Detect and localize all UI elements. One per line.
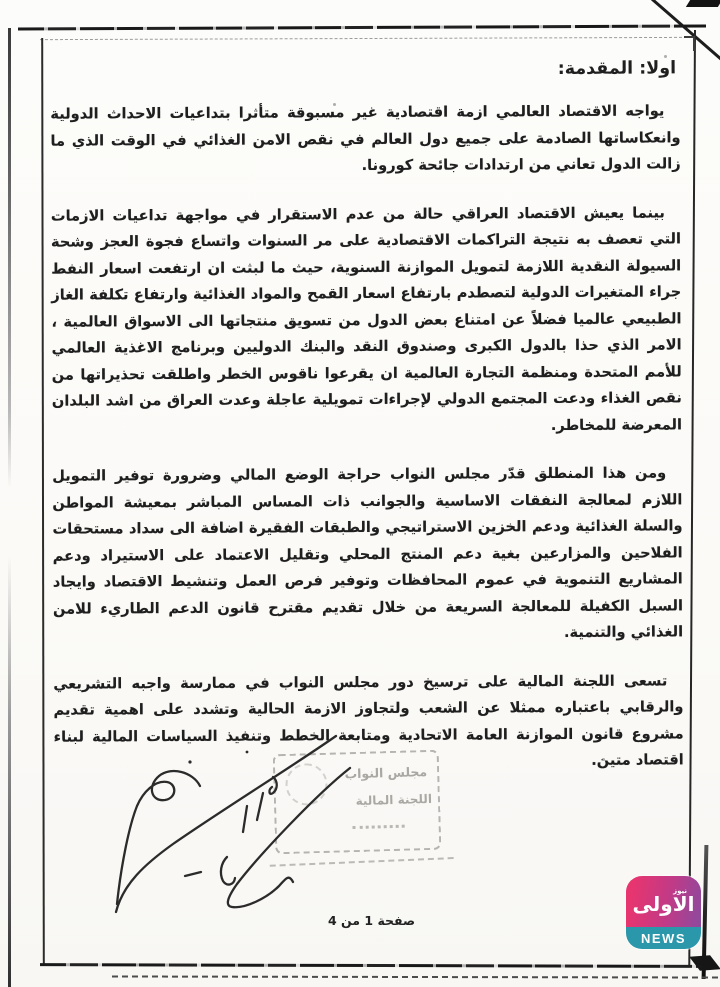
frame-corner-mark bbox=[684, 36, 695, 51]
scan-corner-mark bbox=[686, 0, 720, 7]
logo-gradient-panel: نيوز الاولى bbox=[626, 876, 701, 927]
logo-arabic-wordmark: الاولى bbox=[633, 893, 695, 915]
signature-dot-2 bbox=[246, 751, 249, 754]
scanned-document-page: اولا: المقدمة: يواجه الاقتصاد العالمي از… bbox=[0, 0, 720, 987]
frame-bottom-border bbox=[40, 963, 702, 968]
signature-long-stroke bbox=[116, 736, 336, 912]
page-number: صفحة 1 من 4 bbox=[328, 913, 415, 928]
document-body: اولا: المقدمة: يواجه الاقتصاد العالمي از… bbox=[50, 54, 684, 799]
paragraph-2: بينما يعيش الاقتصاد العراقي حالة من عدم … bbox=[51, 200, 682, 442]
signature-letter-ain bbox=[221, 857, 235, 885]
signature-letter-alif-1 bbox=[243, 806, 247, 832]
signature-letter-alif-2 bbox=[257, 793, 263, 820]
frame-left-border bbox=[41, 38, 45, 966]
frame-bottom-inner-line bbox=[112, 975, 718, 978]
frame-right-border bbox=[688, 30, 696, 966]
paragraph-1: يواجه الاقتصاد العالمي ازمة اقتصادية غير… bbox=[50, 98, 680, 181]
scan-edge-line bbox=[8, 28, 11, 987]
signature bbox=[55, 726, 515, 941]
scan-bottom-right-mark bbox=[689, 955, 720, 971]
signature-second-stroke bbox=[228, 768, 350, 907]
signature-dash bbox=[185, 872, 201, 876]
section-heading: اولا: المقدمة: bbox=[50, 58, 676, 81]
page-corner-fold-line bbox=[651, 0, 720, 61]
signature-dot-1 bbox=[188, 760, 191, 763]
paragraph-3: ومن هذا المنطلق قدّر مجلس النواب حراجة ا… bbox=[52, 460, 683, 649]
frame-top-border bbox=[18, 24, 706, 30]
logo-news-band: NEWS bbox=[626, 927, 701, 949]
frame-top-inner-line bbox=[40, 37, 692, 40]
aloula-news-logo: نيوز الاولى NEWS bbox=[626, 876, 701, 949]
